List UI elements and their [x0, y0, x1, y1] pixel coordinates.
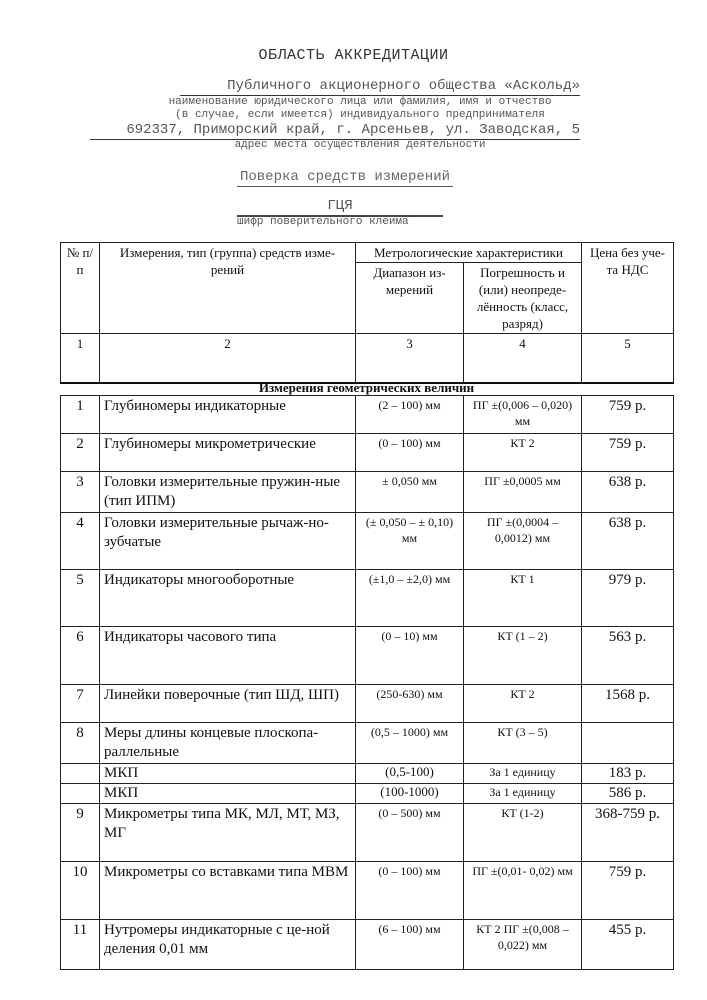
row-price: 759 р.: [582, 434, 674, 472]
row-number: 1: [61, 396, 100, 434]
col-metro-header: Метрологические характеристики: [356, 243, 582, 263]
row-number: 5: [61, 570, 100, 627]
row-error: КТ 2: [464, 685, 582, 723]
table-row: 1Глубиномеры индикаторные(2 – 100) ммПГ …: [61, 396, 674, 434]
row-error: КТ 2: [464, 434, 582, 472]
row-error: КТ (1-2): [464, 804, 582, 862]
activity-type: Поверка средств измерений: [237, 169, 453, 187]
row-name: Головки измерительные пружин-ные (тип ИП…: [100, 472, 356, 513]
section-title: Измерения геометрических величин: [60, 380, 673, 396]
table-row: 2Глубиномеры микрометрические(0 – 100) м…: [61, 434, 674, 472]
row-name: Микрометры типа МК, МЛ, МТ, МЗ, МГ: [100, 804, 356, 862]
brand-code: ГЦЯ: [237, 198, 443, 217]
row-number: 8: [61, 723, 100, 764]
row-name: Головки измерительные рычаж-но-зубчатые: [100, 513, 356, 570]
organization-caption-2: (в случае, если имеется) индивидуального…: [100, 109, 620, 121]
row-name: Нутромеры индикаторные с це-ной деления …: [100, 920, 356, 970]
table-header: № п/п Измерения, тип (группа) средств из…: [60, 242, 674, 384]
row-range: (250-630) мм: [356, 685, 464, 723]
row-name: Меры длины концевые плоскопа-раллельные: [100, 723, 356, 764]
row-number: 9: [61, 804, 100, 862]
col-price-header: Цена без уче-та НДС: [582, 243, 674, 334]
row-price: 638 р.: [582, 513, 674, 570]
row-number: [61, 784, 100, 804]
row-error: ПГ ±(0,0004 – 0,0012) мм: [464, 513, 582, 570]
row-range: ± 0,050 мм: [356, 472, 464, 513]
row-range: (6 – 100) мм: [356, 920, 464, 970]
row-error: КТ (1 – 2): [464, 627, 582, 685]
row-number: 2: [61, 434, 100, 472]
table-row: 11Нутромеры индикаторные с це-ной делени…: [61, 920, 674, 970]
row-range: (0 – 100) мм: [356, 862, 464, 920]
row-name: Глубиномеры индикаторные: [100, 396, 356, 434]
row-price: 759 р.: [582, 396, 674, 434]
row-number: 6: [61, 627, 100, 685]
row-range: (0,5 – 1000) мм: [356, 723, 464, 764]
row-price: 183 р.: [582, 764, 674, 784]
col-number: 5: [582, 334, 674, 384]
table-row: 9Микрометры типа МК, МЛ, МТ, МЗ, МГ(0 – …: [61, 804, 674, 862]
row-price: [582, 723, 674, 764]
col-number: 4: [464, 334, 582, 384]
row-price: 563 р.: [582, 627, 674, 685]
row-price: 638 р.: [582, 472, 674, 513]
row-range: (0 – 10) мм: [356, 627, 464, 685]
col-range-header: Диапазон из-мерений: [356, 263, 464, 334]
organization-caption: наименование юридического лица или фамил…: [100, 96, 620, 108]
organization-name: Публичного акционерного общества «Асколь…: [180, 78, 580, 96]
row-error: За 1 единицу: [464, 784, 582, 804]
row-price: 1568 р.: [582, 685, 674, 723]
row-number: 11: [61, 920, 100, 970]
row-price: 586 р.: [582, 784, 674, 804]
row-name: Глубиномеры микрометрические: [100, 434, 356, 472]
table-row: 6Индикаторы часового типа(0 – 10) ммКТ (…: [61, 627, 674, 685]
row-name: Линейки поверочные (тип ШД, ШП): [100, 685, 356, 723]
row-range: (100-1000): [356, 784, 464, 804]
col-num-header: № п/п: [61, 243, 100, 334]
row-number: 10: [61, 862, 100, 920]
row-number: [61, 764, 100, 784]
row-range: (0 – 100) мм: [356, 434, 464, 472]
col-error-header: Погрешность и (или) неопреде-лённость (к…: [464, 263, 582, 334]
row-range: (±1,0 – ±2,0) мм: [356, 570, 464, 627]
row-range: (± 0,050 – ± 0,10) мм: [356, 513, 464, 570]
row-error: ПГ ±(0,006 – 0,020) мм: [464, 396, 582, 434]
table-row: МКП(0,5-100)За 1 единицу183 р.: [61, 764, 674, 784]
col-number: 3: [356, 334, 464, 384]
table-row: 7Линейки поверочные (тип ШД, ШП)(250-630…: [61, 685, 674, 723]
col-number: 2: [100, 334, 356, 384]
row-error: За 1 единицу: [464, 764, 582, 784]
row-number: 7: [61, 685, 100, 723]
table-row: 4Головки измерительные рычаж-но-зубчатые…: [61, 513, 674, 570]
document-title: ОБЛАСТЬ АККРЕДИТАЦИИ: [0, 47, 707, 64]
row-error: ПГ ±0,0005 мм: [464, 472, 582, 513]
table-row: 10Микрометры со вставками типа МВМ(0 – 1…: [61, 862, 674, 920]
table-row: МКП(100-1000)За 1 единицу586 р.: [61, 784, 674, 804]
row-error: КТ 2 ПГ ±(0,008 – 0,022) мм: [464, 920, 582, 970]
row-price: 979 р.: [582, 570, 674, 627]
address: 692337, Приморский край, г. Арсеньев, ул…: [90, 122, 580, 140]
row-error: КТ 1: [464, 570, 582, 627]
row-range: (0 – 500) мм: [356, 804, 464, 862]
row-name: МКП: [100, 764, 356, 784]
row-name: Индикаторы часового типа: [100, 627, 356, 685]
table-row: 8Меры длины концевые плоскопа-раллельные…: [61, 723, 674, 764]
row-error: ПГ ±(0,01- 0,02) мм: [464, 862, 582, 920]
address-caption: адрес места осуществления деятельности: [150, 139, 570, 151]
row-error: КТ (3 – 5): [464, 723, 582, 764]
row-number: 3: [61, 472, 100, 513]
col-name-header: Измерения, тип (группа) средств изме-рен…: [100, 243, 356, 334]
row-price: 368-759 р.: [582, 804, 674, 862]
accreditation-table: 1Глубиномеры индикаторные(2 – 100) ммПГ …: [60, 395, 674, 970]
col-number: 1: [61, 334, 100, 384]
table-row: 5Индикаторы многооборотные(±1,0 – ±2,0) …: [61, 570, 674, 627]
row-number: 4: [61, 513, 100, 570]
row-name: Индикаторы многооборотные: [100, 570, 356, 627]
row-name: Микрометры со вставками типа МВМ: [100, 862, 356, 920]
row-price: 759 р.: [582, 862, 674, 920]
row-price: 455 р.: [582, 920, 674, 970]
brand-caption: шифр поверительного клейма: [237, 216, 437, 228]
table-row: 3Головки измерительные пружин-ные (тип И…: [61, 472, 674, 513]
row-name: МКП: [100, 784, 356, 804]
row-range: (0,5-100): [356, 764, 464, 784]
row-range: (2 – 100) мм: [356, 396, 464, 434]
